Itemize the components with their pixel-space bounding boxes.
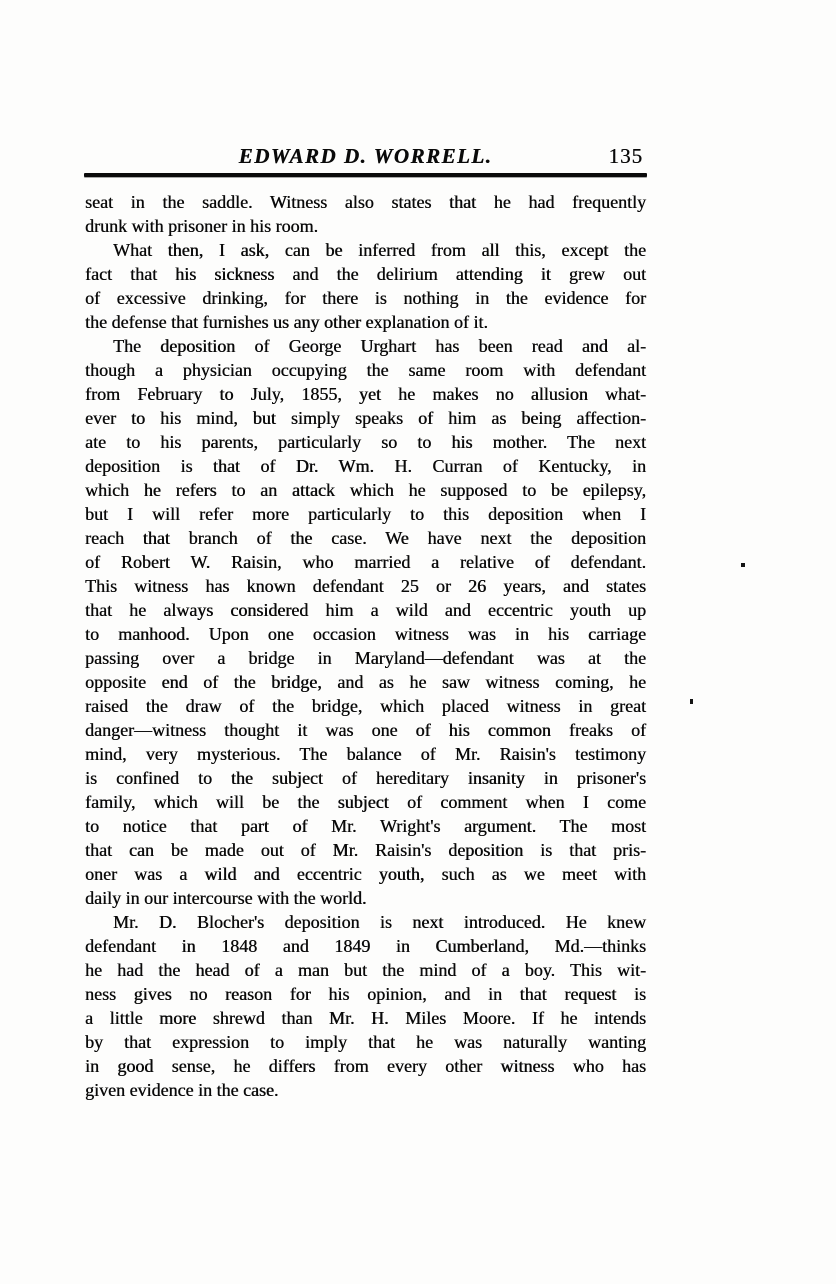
text-line: This witness has known defendant 25 or 2… [85, 574, 646, 598]
text-line: ever to his mind, but simply speaks of h… [85, 406, 646, 430]
text-line: passing over a bridge in Maryland—defend… [85, 646, 646, 670]
header-rule [84, 173, 647, 177]
book-page: EDWARD D. WORRELL. 135 seat in the saddl… [0, 0, 836, 1284]
text-line: Mr. D. Blocher's deposition is next intr… [85, 910, 646, 934]
text-line: daily in our intercourse with the world. [85, 886, 646, 910]
text-line: The deposition of George Urghart has bee… [85, 334, 646, 358]
running-head-title: EDWARD D. WORRELL. [85, 144, 646, 169]
text-line: oner was a wild and eccentric youth, suc… [85, 862, 646, 886]
text-line: What then, I ask, can be inferred from a… [85, 238, 646, 262]
text-line: is confined to the subject of hereditary… [85, 766, 646, 790]
text-line: from February to July, 1855, yet he make… [85, 382, 646, 406]
text-line: to manhood. Upon one occasion witness wa… [85, 622, 646, 646]
running-head: EDWARD D. WORRELL. 135 [85, 144, 646, 170]
text-line: fact that his sickness and the delirium … [85, 262, 646, 286]
text-line: seat in the saddle. Witness also states … [85, 190, 646, 214]
body-text: seat in the saddle. Witness also states … [85, 190, 646, 1102]
scan-speck [690, 699, 693, 704]
text-line: in good sense, he differs from every oth… [85, 1054, 646, 1078]
text-line: the defense that furnishes us any other … [85, 310, 646, 334]
text-line: raised the draw of the bridge, which pla… [85, 694, 646, 718]
text-line: of Robert W. Raisin, who married a relat… [85, 550, 646, 574]
text-line: family, which will be the subject of com… [85, 790, 646, 814]
text-line: that he always considered him a wild and… [85, 598, 646, 622]
text-line: opposite end of the bridge, and as he sa… [85, 670, 646, 694]
page-number: 135 [609, 144, 644, 169]
text-line: though a physician occupying the same ro… [85, 358, 646, 382]
text-line: given evidence in the case. [85, 1078, 646, 1102]
text-line: ate to his parents, particularly so to h… [85, 430, 646, 454]
text-line: drunk with prisoner in his room. [85, 214, 646, 238]
text-line: that can be made out of Mr. Raisin's dep… [85, 838, 646, 862]
text-line: which he refers to an attack which he su… [85, 478, 646, 502]
text-line: deposition is that of Dr. Wm. H. Curran … [85, 454, 646, 478]
text-line: a little more shrewd than Mr. H. Miles M… [85, 1006, 646, 1030]
text-line: mind, very mysterious. The balance of Mr… [85, 742, 646, 766]
text-line: but I will refer more particularly to th… [85, 502, 646, 526]
text-line: ness gives no reason for his opinion, an… [85, 982, 646, 1006]
text-line: to notice that part of Mr. Wright's argu… [85, 814, 646, 838]
text-line: of excessive drinking, for there is noth… [85, 286, 646, 310]
text-line: defendant in 1848 and 1849 in Cumberland… [85, 934, 646, 958]
text-line: by that expression to imply that he was … [85, 1030, 646, 1054]
text-line: danger—witness thought it was one of his… [85, 718, 646, 742]
text-line: reach that branch of the case. We have n… [85, 526, 646, 550]
text-line: he had the head of a man but the mind of… [85, 958, 646, 982]
scan-speck [741, 563, 745, 567]
